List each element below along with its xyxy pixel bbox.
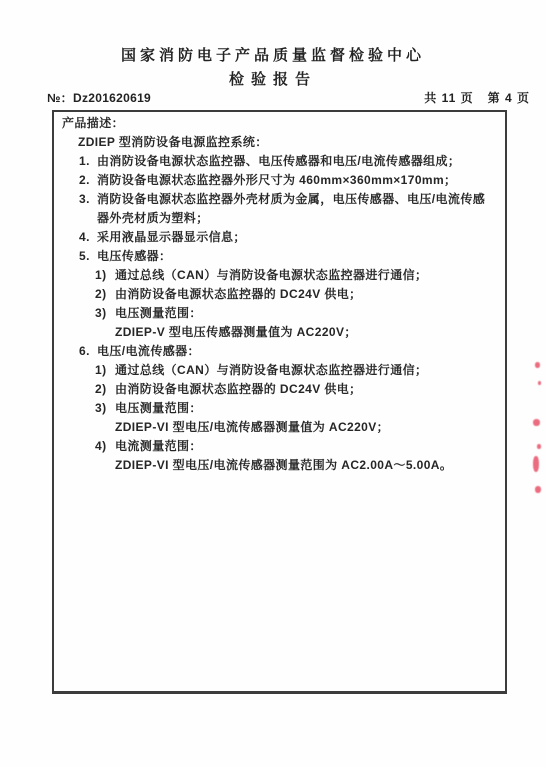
item-text: 电流测量范围：	[115, 437, 495, 456]
current-page: 第 4 页	[488, 91, 530, 105]
stamp-fragment	[535, 362, 540, 368]
list-item: 2. 消防设备电源状态监控器外形尺寸为 460mm×360mm×170mm；	[79, 171, 495, 190]
item-text: 电压/电流传感器：	[97, 342, 495, 361]
stamp-fragment	[533, 419, 540, 426]
report-number-label: №：	[47, 91, 73, 105]
report-meta-row: №：Dz201620619 共 11 页第 4 页	[47, 89, 530, 106]
item-marker: 2.	[79, 171, 97, 190]
item-marker: 3)	[95, 304, 115, 323]
item-marker: 4.	[79, 228, 97, 247]
stamp-fragment	[535, 486, 541, 493]
list-subitem: 2) 由消防设备电源状态监控器的 DC24V 供电；	[95, 380, 495, 399]
item-marker: 1.	[79, 152, 97, 171]
item-text: 采用液晶显示器显示信息；	[97, 228, 495, 247]
stamp-fragment	[533, 456, 539, 472]
list-item: 3. 消防设备电源状态监控器外壳材质为金属，电压传感器、电压/电流传感器外壳材质…	[79, 190, 495, 228]
list-subitem: 4) 电流测量范围：	[95, 437, 495, 456]
item-marker: 2)	[95, 285, 115, 304]
product-intro: ZDIEP 型消防设备电源监控系统：	[78, 133, 495, 152]
organization-title: 国家消防电子产品质量监督检验中心	[0, 44, 546, 65]
list-detail: ZDIEP-VI 型电压/电流传感器测量值为 AC220V；	[115, 418, 495, 437]
list-item: 1. 由消防设备电源状态监控器、电压传感器和电压/电流传感器组成；	[79, 152, 495, 171]
list-detail: ZDIEP-VI 型电压/电流传感器测量范围为 AC2.00A～5.00A。	[115, 456, 495, 475]
list-subitem: 3) 电压测量范围：	[95, 304, 495, 323]
item-text: 消防设备电源状态监控器外壳材质为金属，电压传感器、电压/电流传感器外壳材质为塑料…	[97, 190, 495, 228]
list-subitem: 1) 通过总线（CAN）与消防设备电源状态监控器进行通信；	[95, 266, 495, 285]
item-text: 消防设备电源状态监控器外形尺寸为 460mm×360mm×170mm；	[97, 171, 495, 190]
page-indicator: 共 11 页第 4 页	[410, 89, 530, 106]
item-text: 通过总线（CAN）与消防设备电源状态监控器进行通信；	[115, 266, 495, 285]
list-item: 4. 采用液晶显示器显示信息；	[79, 228, 495, 247]
item-text: 通过总线（CAN）与消防设备电源状态监控器进行通信；	[115, 361, 495, 380]
document-title: 检验报告	[0, 68, 546, 89]
report-number: №：Dz201620619	[47, 89, 151, 106]
item-marker: 1)	[95, 361, 115, 380]
item-marker: 1)	[95, 266, 115, 285]
item-text: 由消防设备电源状态监控器的 DC24V 供电；	[115, 285, 495, 304]
item-text: 电压测量范围：	[115, 304, 495, 323]
list-item: 6. 电压/电流传感器：	[79, 342, 495, 361]
list-item: 5. 电压传感器：	[79, 247, 495, 266]
report-number-value: Dz201620619	[73, 91, 151, 105]
item-text: 电压传感器：	[97, 247, 495, 266]
product-description-box: 产品描述： ZDIEP 型消防设备电源监控系统： 1. 由消防设备电源状态监控器…	[52, 110, 507, 694]
item-marker: 5.	[79, 247, 97, 266]
item-marker: 3)	[95, 399, 115, 418]
stamp-fragment	[537, 444, 541, 449]
stamp-fragment	[538, 381, 541, 385]
section-label: 产品描述：	[62, 114, 495, 133]
item-text: 电压测量范围：	[115, 399, 495, 418]
item-marker: 2)	[95, 380, 115, 399]
list-detail: ZDIEP-V 型电压传感器测量值为 AC220V；	[115, 323, 495, 342]
item-text: 由消防设备电源状态监控器、电压传感器和电压/电流传感器组成；	[97, 152, 495, 171]
item-text: 由消防设备电源状态监控器的 DC24V 供电；	[115, 380, 495, 399]
item-marker: 6.	[79, 342, 97, 361]
item-marker: 4)	[95, 437, 115, 456]
list-subitem: 1) 通过总线（CAN）与消防设备电源状态监控器进行通信；	[95, 361, 495, 380]
list-subitem: 2) 由消防设备电源状态监控器的 DC24V 供电；	[95, 285, 495, 304]
item-marker: 3.	[79, 190, 97, 228]
total-pages: 共 11 页	[424, 91, 473, 105]
report-page: 国家消防电子产品质量监督检验中心 检验报告 №：Dz201620619 共 11…	[0, 0, 546, 767]
list-subitem: 3) 电压测量范围：	[95, 399, 495, 418]
